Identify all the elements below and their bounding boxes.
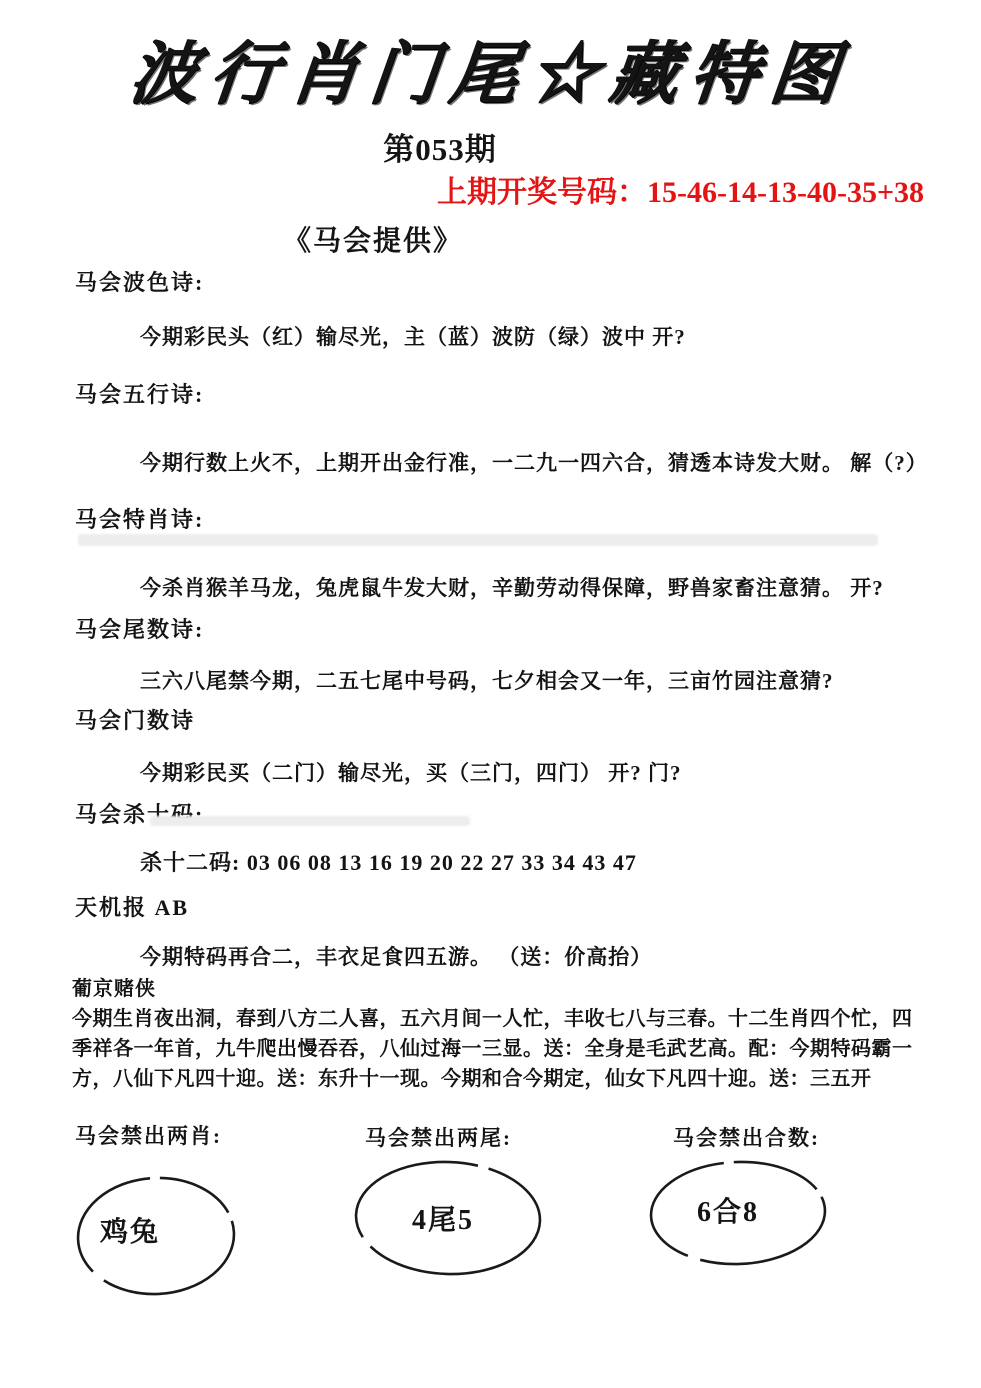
section-body-tianji: 今期特码再合二，丰衣足食四五游。 （送：价高抬） <box>140 941 652 971</box>
ban-label-tail: 马会禁出两尾: <box>365 1122 512 1152</box>
page-title: 波行肖门尾☆藏特图 <box>0 20 981 117</box>
pujing-line-3: 方，八仙下凡四十迎。送：东升十一现。今期和合今期定，仙女下凡四十迎。送：三五开 <box>72 1062 872 1091</box>
section-heading-texiao: 马会特肖诗: <box>75 503 204 534</box>
section-body-menshu: 今期彩民买（二门）输尽光，买（三门，四门） 开? 门? <box>140 757 682 787</box>
section-heading-bose: 马会波色诗: <box>75 266 204 297</box>
pujing-line-2: 季祥各一年首，九牛爬出慢吞吞，八仙过海一三显。送：全身是毛武艺高。配：今期特码霸… <box>72 1032 913 1061</box>
ghost-text-artifact <box>150 816 470 826</box>
pujing-line-1: 今期生肖夜出洞，春到八方二人喜，五六月间一人忙，丰收七八与三春。十二生肖四个忙，… <box>72 1002 913 1031</box>
section-body-texiao: 今杀肖猴羊马龙，兔虎鼠牛发大财，辛勤劳动得保障，野兽家畜注意猜。 开? <box>140 572 884 602</box>
ban-label-zodiac: 马会禁出两肖: <box>75 1120 222 1150</box>
issue-number: 第053期 <box>0 124 880 169</box>
tip-sheet-page: 波行肖门尾☆藏特图 第053期 上期开奖号码：15-46-14-13-40-35… <box>0 0 981 1388</box>
section-body-bose: 今期彩民头（红）输尽光，主（蓝）波防（绿）波中 开? <box>140 321 686 351</box>
last-draw-numbers: 上期开奖号码：15-46-14-13-40-35+38 <box>437 167 924 211</box>
section-heading-weishu: 马会尾数诗: <box>75 613 204 644</box>
ban-value-zodiac: 鸡兔 <box>100 1210 160 1250</box>
section-body-shama: 杀十二码: 03 06 08 13 16 19 20 22 27 33 34 4… <box>140 846 637 877</box>
section-heading-pujing: 葡京赌侠 <box>72 972 156 1001</box>
section-heading-menshu: 马会门数诗 <box>75 704 195 735</box>
section-body-wuxing: 今期行数上火不，上期开出金行准，一二九一四六合，猜透本诗发大财。 解（?） <box>140 447 928 477</box>
ban-value-tail: 4尾5 <box>412 1198 474 1238</box>
ban-value-sum: 6合8 <box>697 1190 759 1230</box>
ban-label-sum: 马会禁出合数: <box>673 1122 820 1152</box>
provider-note: 《马会提供》 <box>283 219 463 259</box>
section-heading-tianji: 天机报 AB <box>75 891 189 922</box>
section-heading-wuxing: 马会五行诗: <box>75 378 204 409</box>
section-body-weishu: 三六八尾禁今期，二五七尾中号码，七夕相会又一年，三亩竹园注意猜? <box>140 665 834 695</box>
ghost-text-artifact <box>78 534 878 546</box>
